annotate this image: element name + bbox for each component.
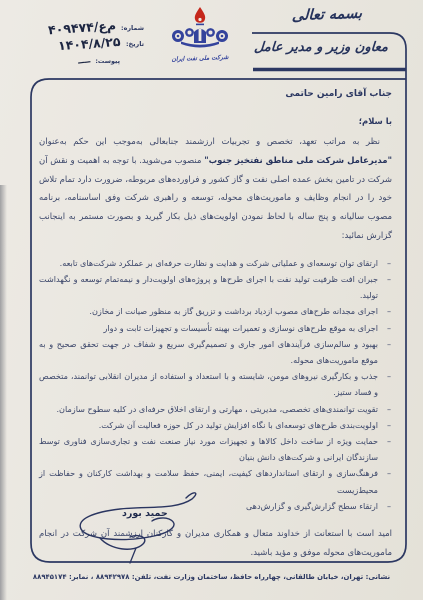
directive-text: اولویت‌بندی طرح‌های توسعه‌ای با نگاه افز… bbox=[99, 420, 378, 430]
directive-text: جبران افت ظرفیت تولید نفت با اجرای طرح‌ه… bbox=[39, 274, 378, 300]
nioc-logo: شرکت ملی نفت ایران bbox=[167, 5, 233, 62]
directive-item: –اجرای مجدانه طرح‌های مصوب ازدیاد برداشت… bbox=[39, 303, 392, 319]
signature-block: حمید بورد bbox=[60, 484, 220, 570]
date-label: تاریخ: bbox=[126, 40, 144, 48]
directive-item: –بهبود و سالم‌سازی فرآیندهای امور جاری و… bbox=[39, 336, 392, 368]
letter-page: بسمه تعالی معاون وزیر و مدیر عامل bbox=[0, 0, 423, 600]
directive-item: –اجرای به موقع طرح‌های نوسازی و تعمیرات … bbox=[39, 320, 392, 336]
attachment-value: ــــ bbox=[78, 55, 91, 66]
directive-text: تقویت توانمندی‌های تخصصی، مدیریتی ، مهار… bbox=[56, 404, 378, 414]
dash-bullet-icon: – bbox=[387, 417, 391, 433]
footer-address: نشانی: تهران، خیابان طالقانی، چهارراه حا… bbox=[0, 573, 423, 581]
intro-paragraph: نظر به مراتب تعهد، تخصص و تجربیات ارزشمن… bbox=[39, 133, 392, 246]
directive-item: –اولویت‌بندی طرح‌های توسعه‌ای با نگاه اف… bbox=[39, 417, 392, 433]
dash-bullet-icon: – bbox=[387, 433, 391, 449]
recipient-line: جناب آقای رامین حاتمی bbox=[39, 89, 392, 99]
date-row: تاریخ: ۱۴۰۴/۸/۲۵ bbox=[2, 36, 144, 51]
attachment-label: پیوست: bbox=[95, 57, 120, 65]
derrick-ornament bbox=[172, 28, 228, 47]
dash-bullet-icon: – bbox=[387, 336, 391, 352]
directive-item: –جذب و بکارگیری نیروهای مومن، شایسته و ب… bbox=[39, 368, 392, 400]
signer-name: حمید بورد bbox=[122, 508, 168, 519]
directive-item: –ارتقای توان توسعه‌ای و عملیاتی شرکت و ه… bbox=[39, 255, 392, 271]
directive-text: اجرای مجدانه طرح‌های مصوب ازدیاد برداشت … bbox=[89, 306, 378, 316]
intro-text: نظر به مراتب تعهد، تخصص و تجربیات ارزشمن… bbox=[39, 137, 380, 147]
letter-fields: شماره: م‌ع/۴۰۹۴۷۴ تاریخ: ۱۴۰۴/۸/۲۵ پیوست… bbox=[2, 20, 144, 69]
bismillah-text: بسمه تعالی bbox=[269, 5, 385, 25]
intro-text: منصوب می‌شوید. با توجه به اهمیت و نقش آن… bbox=[39, 156, 392, 241]
salutation-line: با سلام؛ bbox=[39, 116, 392, 126]
dash-bullet-icon: – bbox=[387, 320, 391, 336]
dash-bullet-icon: – bbox=[387, 255, 391, 271]
directive-text: جذب و بکارگیری نیروهای مومن، شایسته و با… bbox=[39, 371, 378, 397]
directive-text: بهبود و سالم‌سازی فرآیندهای امور جاری و … bbox=[39, 339, 378, 365]
attachment-row: پیوست: ــــ bbox=[2, 53, 144, 68]
dash-bullet-icon: – bbox=[387, 303, 391, 319]
dash-bullet-icon: – bbox=[387, 465, 391, 481]
directive-text: حمایت ویژه از ساخت داخل کالاها و تجهیزات… bbox=[39, 436, 378, 462]
flame-icon bbox=[195, 7, 205, 25]
directive-text: اجرای به موقع طرح‌های نوسازی و تعمیرات ب… bbox=[103, 323, 378, 333]
page-edge-shadow bbox=[0, 185, 7, 600]
date-value: ۱۴۰۴/۸/۲۵ bbox=[58, 34, 121, 53]
nioc-emblem-icon bbox=[167, 5, 233, 51]
directive-item: –حمایت ویژه از ساخت داخل کالاها و تجهیزا… bbox=[39, 433, 392, 465]
directive-text: ارتقای توان توسعه‌ای و عملیاتی شرکت و هد… bbox=[60, 258, 378, 268]
number-row: شماره: م‌ع/۴۰۹۴۷۴ bbox=[2, 20, 144, 35]
dash-bullet-icon: – bbox=[387, 401, 391, 417]
letterhead-title: معاون وزیر و مدیر عامل bbox=[242, 40, 399, 55]
signature-scribble-icon bbox=[60, 484, 220, 570]
number-label: شماره: bbox=[121, 24, 144, 32]
directive-item: –جبران افت ظرفیت تولید نفت با اجرای طرح‌… bbox=[39, 271, 392, 303]
dash-bullet-icon: – bbox=[387, 498, 391, 514]
appointment-title-bold: "مدیرعامل شرکت ملی مناطق نفتخیز جنوب" bbox=[204, 156, 392, 166]
dash-bullet-icon: – bbox=[387, 368, 391, 384]
directive-item: –تقویت توانمندی‌های تخصصی، مدیریتی ، مها… bbox=[39, 401, 392, 417]
dash-bullet-icon: – bbox=[387, 271, 391, 287]
directives-list: –ارتقای توان توسعه‌ای و عملیاتی شرکت و ه… bbox=[39, 255, 392, 514]
directive-text: ارتقاء سطح گزارش‌گیری و گزارش‌دهی bbox=[246, 501, 378, 511]
logo-caption: شرکت ملی نفت ایران bbox=[167, 54, 233, 63]
